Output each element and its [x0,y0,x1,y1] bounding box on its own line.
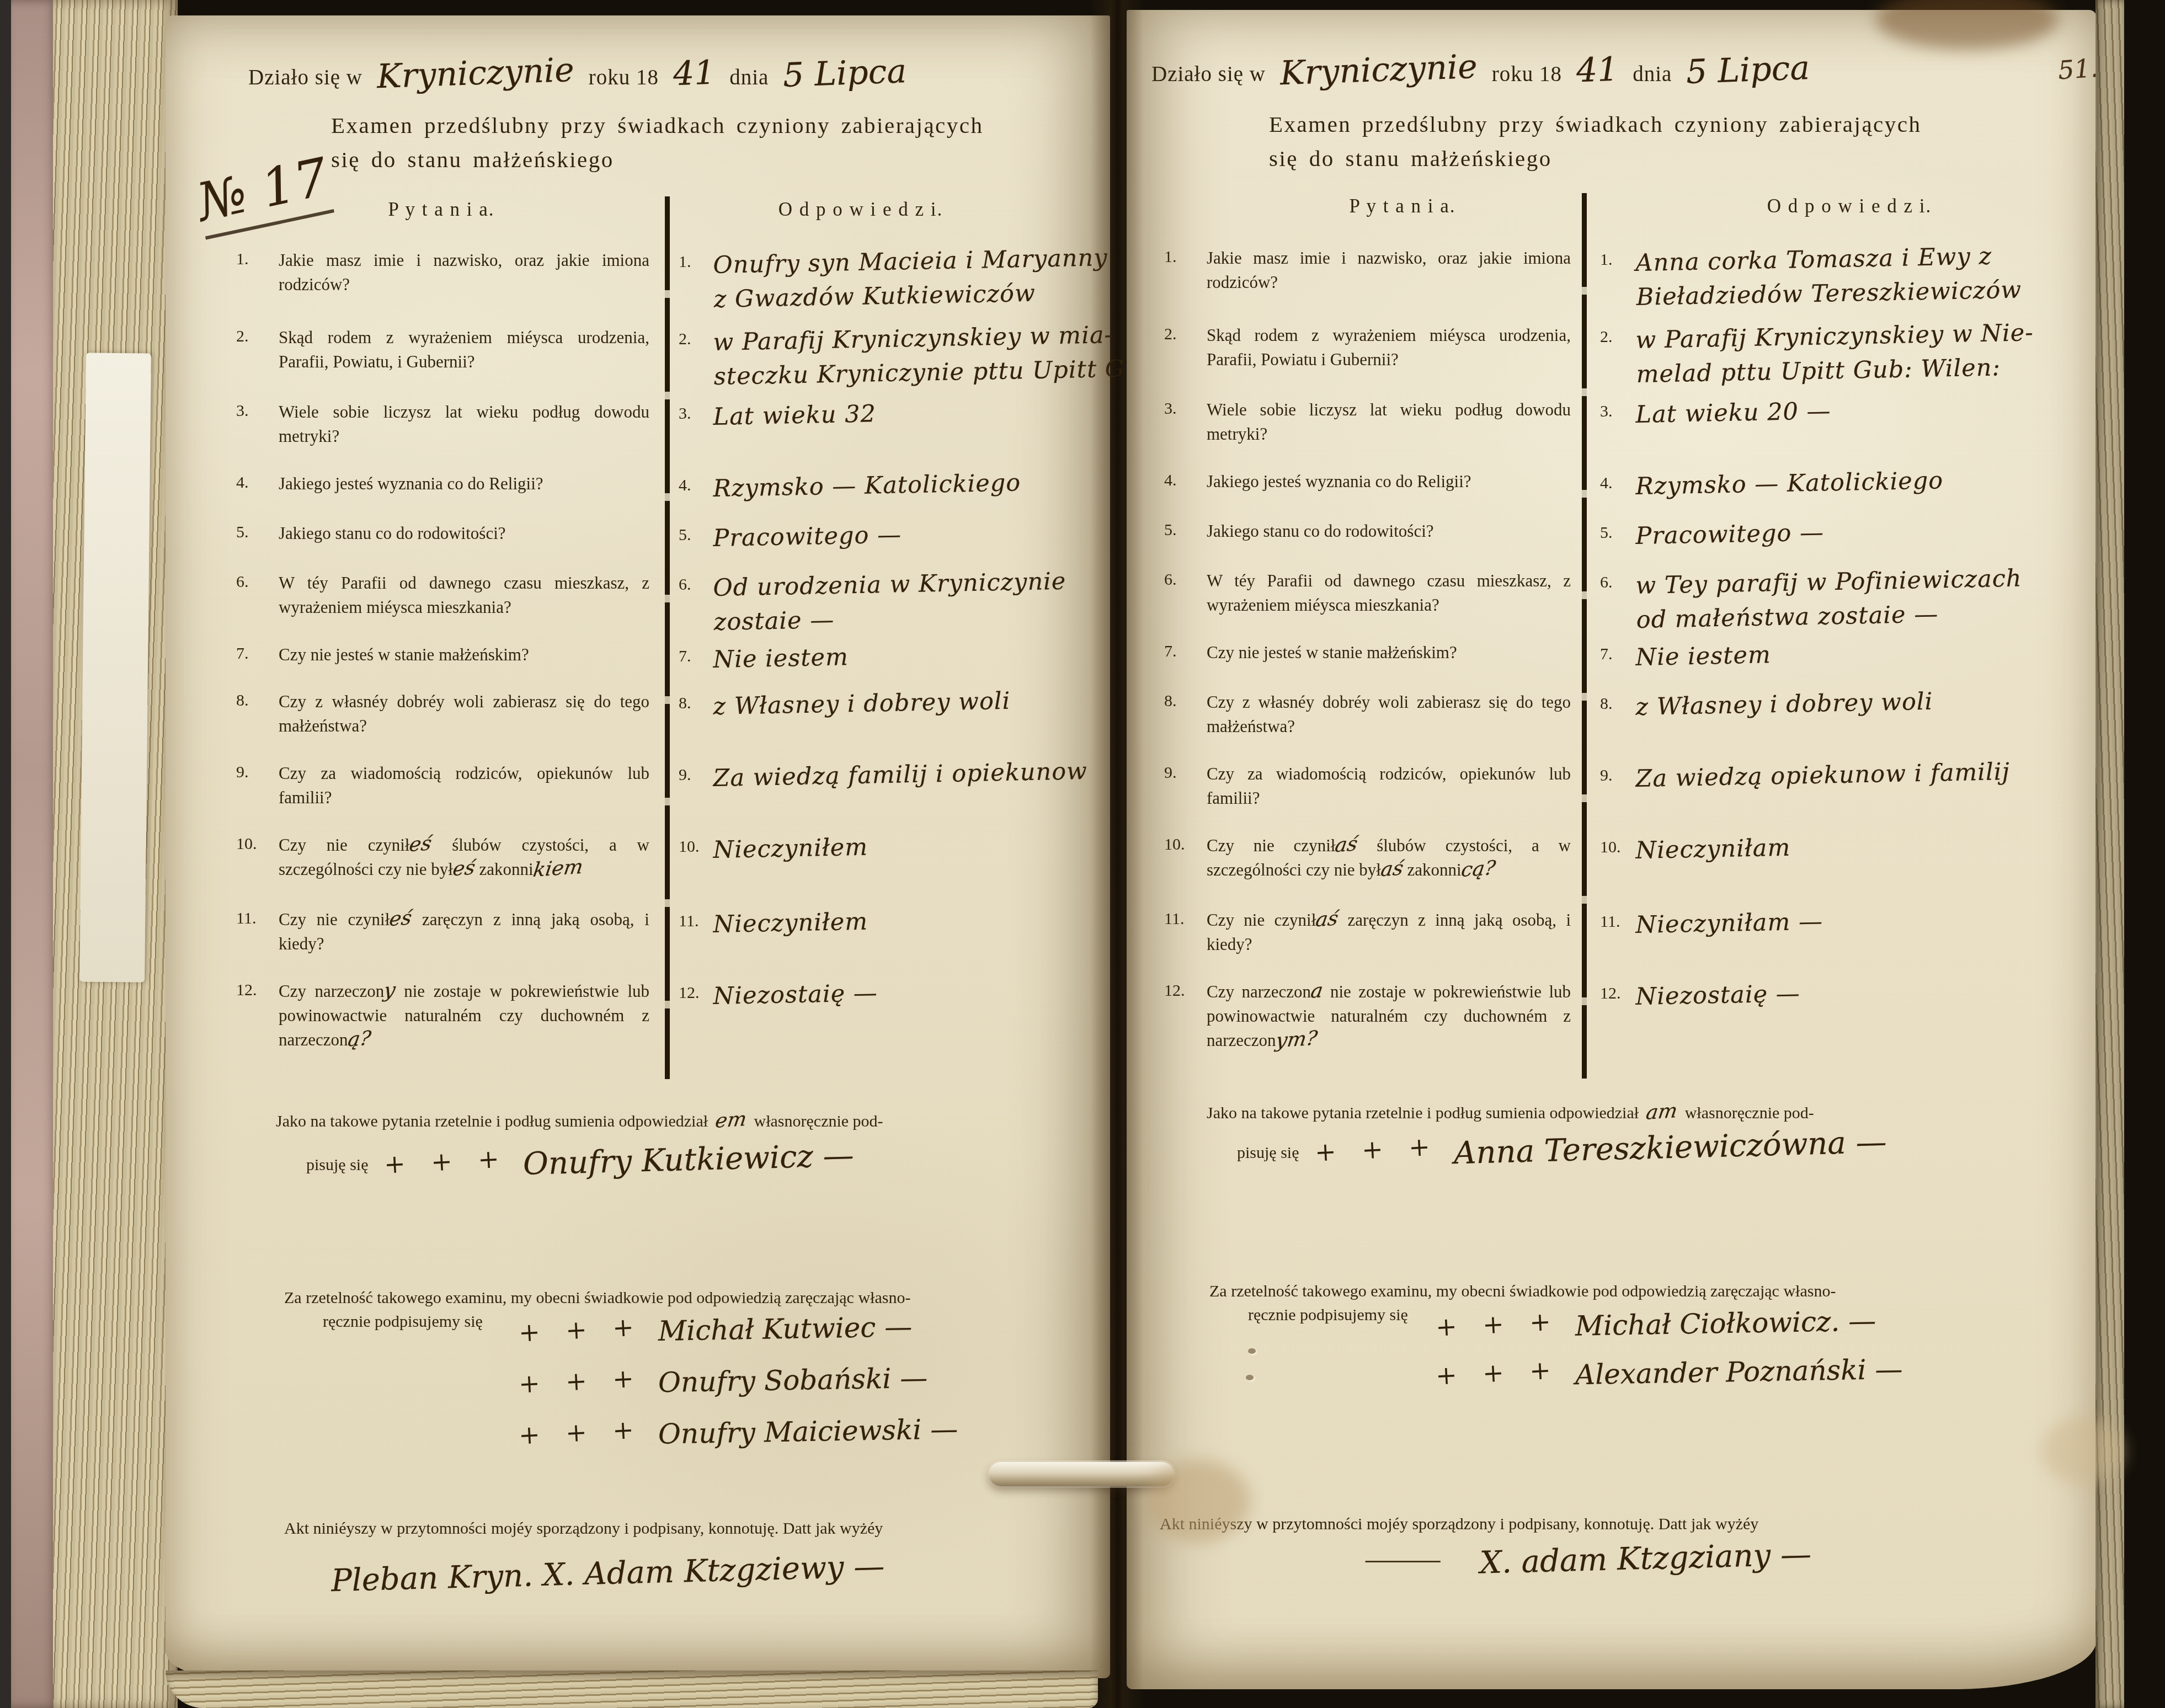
paper-stain [1145,1460,1250,1542]
question-text: Czy za wiadomością rodziców, opiekunów l… [279,761,649,810]
question-number: 2. [236,327,249,346]
answer-line: Niezostaię — [1635,972,2077,1014]
question-text: W téy Parafii od dawnego czasu mieszkasz… [1207,569,1571,617]
question-text: Wiele sobie liczysz lat wieku podług dow… [1207,398,1571,446]
answer-line: Lat wieku 32 [713,392,1105,434]
column-divider [1582,193,1587,1079]
form-title-line1: Examen przedślubny przy świadkach czynio… [1269,107,2052,141]
record-number: № 17 [192,147,334,240]
answer-line: steczku Kryniczynie pttu Upitt Gub: Wile… [713,352,1106,394]
question-text: Czy nie czyniłaś ślubów czystości, a w s… [1207,834,1571,882]
declaration-text: pisuję się [306,1152,369,1178]
binding-gutter [1090,0,1143,1708]
question-number: 6. [1164,570,1177,589]
witness-signature-row: + + +Michał Ciołkowicz. — [1436,1307,1876,1339]
party-signature: Anna Tereszkiewiczówna — [1454,1124,1887,1172]
day-prefix: dnia [1633,62,1672,87]
priest-signature: Pleban Kryn. X. Adam Ktzgziewy — [330,1549,885,1599]
paper-hole [1246,1375,1254,1380]
answer-text: w Parafij Kryniczynskiey w Nie-melad ptt… [1635,315,2078,392]
signature-dash: — [1366,1541,1435,1577]
witness-signature-row: + + +Alexander Poznański — [1436,1356,1902,1388]
question-segment: ym? [1275,1028,1319,1051]
witness-crosses: + + + [1435,1306,1560,1342]
question-number: 3. [1164,399,1177,418]
answer-line: z Własney i dobrey woli [1635,682,2077,724]
answer-text: Za wiedzą opiekunow i familij [1635,754,2077,796]
page-stack-bottom [166,1670,1098,1708]
place-name-handwritten: Kryniczynie [376,51,575,96]
answer-number: 9. [1600,766,1613,785]
signature-crosses: + + + [383,1143,508,1179]
question-text: Jakiego stanu co do rodowitości? [1207,519,1571,543]
question-text: Skąd rodem z wyrażeniem miéysca urodzeni… [279,325,649,374]
year-handwritten: 41 [1576,50,1619,90]
question-segment: cą? [1460,858,1497,880]
question-segment: zakonni [475,860,534,879]
witness-name: Michał Kutwiec — [658,1311,912,1347]
paper-stain [2041,1418,2124,1484]
question-text: Czy z własnéy dobréy woli zabierasz się … [1207,690,1571,739]
question-number: 4. [236,473,249,492]
question-number: 7. [1164,642,1177,661]
answer-number: 7. [1600,645,1613,664]
declaration-text: własnoręcznie pod- [1685,1104,1814,1122]
witness-name: Onufry Sobański — [658,1362,927,1399]
answer-text: Nieczyniłam [1635,825,2077,868]
answer-number: 7. [679,647,691,666]
question-segment: Czy za wiadomością rodziców, opiekunów l… [279,764,649,807]
witness-clause-line1: Za rzetelność takowego examinu, my obecn… [1209,1279,2020,1304]
answer-text: Niezostaię — [1635,972,2077,1014]
question-text: Czy z własnéy dobréy woli zabierasz się … [279,690,649,738]
witness-crosses: + + + [1435,1354,1560,1391]
answer-text: Pracowitego — [713,514,1105,556]
question-number: 11. [1164,910,1184,928]
question-text: Czy nie czyniłaś zaręczyn z inną jaką os… [1207,908,1571,957]
answer-line: z Gwazdów Kutkiewiczów [713,275,1106,317]
answer-text: Lat wieku 20 — [1635,389,2077,432]
answer-text: Rzymsko — Katolickiego [1635,461,2077,504]
question-number: 5. [1164,521,1177,540]
question-text: Jakiego jesteś wyznania co do Religii? [1207,469,1571,494]
question-segment: Wiele sobie liczysz lat wieku podług dow… [279,402,649,446]
answer-text: w Parafij Kryniczynskiey w mia-steczku K… [713,318,1106,394]
date-line: Działo się wKryniczynieroku 1841dnia5 Li… [1151,51,1810,89]
question-segment: Wiele sobie liczysz lat wieku podług dow… [1207,400,1571,444]
answer-line: Pracowitego — [713,514,1105,556]
question-segment: Jakiego jesteś wyznania co do Religii? [1207,472,1471,491]
question-segment: Czy nie jesteś w stanie małżeńskim? [1207,643,1457,662]
answer-line: Nieczyniłam [1635,825,2077,868]
question-text: Czy narzeczony nie zostaje w pokrewieńst… [279,979,649,1052]
answers-column-header: O d p o w i e d z i. [695,199,1026,221]
question-segment: zakonni [1403,860,1462,879]
answer-text: w Tey parafij w Pofiniewiczachod małeńst… [1635,561,2078,637]
declaration-line1: Jako na takowe pytania rzetelnie i podłu… [276,1109,1115,1134]
witness-signature-row: + + +Onufry Sobański — [519,1364,927,1396]
declaration-line1: Jako na takowe pytania rzetelnie i podłu… [1207,1101,2018,1126]
right-page: Działo się wKryniczynieroku 1841dnia5 Li… [1127,10,2097,1689]
answer-number: 11. [1600,912,1620,931]
paper-hole [1248,1348,1256,1354]
question-segment: aś [1334,835,1359,856]
question-segment: kiem [531,857,584,880]
answer-number: 3. [679,404,691,423]
answer-text: Od urodzenia w Kryniczyniezostaie — [713,563,1106,639]
question-number: 8. [1164,692,1177,711]
answer-line: Lat wieku 20 — [1635,389,2077,432]
answer-line: Nieczyniłem [713,825,1105,867]
answer-line: Nieczyniłem [713,900,1105,942]
answer-number: 2. [1600,328,1613,346]
question-segment: Czy za wiadomością rodziców, opiekunów l… [1207,764,1571,808]
answer-line: Nie iestem [1635,632,2077,675]
closing-statement: Akt niniéyszy w przytomności mojéy sporz… [1160,1512,2087,1537]
answer-line: Niezostaię — [713,972,1105,1013]
answer-text: Nieczyniłem [713,825,1105,867]
witness-crosses: + + + [518,1311,643,1348]
question-text: Skąd rodem z wyrażeniem miéysca urodzeni… [1207,323,1571,372]
question-number: 7. [236,644,249,663]
left-page: Działo się wKryniczynieroku 1841dnia5 Li… [166,15,1110,1678]
question-segment: W téy Parafii od dawnego czasu mieszkasz… [279,573,649,617]
witness-clause-line2: ręcznie podpisujemy się [1248,1303,1408,1328]
question-segment: eś [408,834,433,856]
page-number: 51. [2057,53,2099,86]
date-line-prefix: Działo się w [1151,62,1266,87]
party-signature: Onufry Kutkiewicz — [523,1138,855,1182]
question-text: W téy Parafii od dawnego czasu mieszkasz… [279,571,649,620]
question-number: 12. [236,981,257,1000]
answer-text: Pracowitego — [1635,511,2077,553]
question-segment: eś [388,909,413,930]
declaration-text: własnoręcznie pod- [754,1112,883,1130]
answer-number: 3. [1600,402,1613,421]
day-date-handwritten: 5 Lipca [782,52,907,95]
day-date-handwritten: 5 Lipca [1686,49,1810,92]
question-segment: Jakiego jesteś wyznania co do Religii? [279,474,543,493]
answer-text: Nie iestem [1635,632,2077,675]
question-segment: Czy nie czynił [279,835,409,855]
witness-crosses: + + + [518,1414,643,1450]
question-segment: Czy narzeczon [1207,982,1311,1001]
witness-name: Onufry Maiciewski — [658,1413,958,1450]
question-number: 6. [236,573,249,591]
answer-number: 12. [679,984,700,1002]
question-segment: W téy Parafii od dawnego czasu mieszkasz… [1207,571,1571,615]
questions-column-header: P y t a n i a. [320,199,563,221]
answer-text: Nieczyniłem [713,900,1105,942]
answer-text: Nieczyniłam — [1635,900,2077,942]
column-divider [665,196,670,1079]
binding-thread [989,1462,1174,1486]
declaration-line2: pisuję się+ + +Onufry Kutkiewicz — [306,1142,854,1178]
priest-signature: X. adam Ktzgziany — [1479,1536,1811,1581]
question-number: 2. [1164,325,1177,344]
priest-signature-row: Pleban Kryn. X. Adam Ktzgziewy — [331,1556,884,1592]
answer-number: 9. [679,766,691,784]
form-title-line2: się do stanu małżeńskiego [331,142,1115,177]
answer-line: Nieczyniłam — [1635,900,2077,942]
witness-signature-row: + + +Michał Kutwiec — [519,1313,912,1345]
declaration-text: Jako na takowe pytania rzetelnie i podłu… [276,1112,708,1130]
answer-line: Nie iestem [713,635,1105,677]
answer-text: Rzymsko — Katolickiego [713,464,1105,506]
answer-line: zostaie — [713,597,1106,639]
closing-statement: Akt niniéyszy w przytomności mojéy sporz… [284,1516,1178,1541]
question-segment: Skąd rodem z wyrażeniem miéysca urodzeni… [1207,325,1571,369]
answer-number: 6. [679,575,691,594]
answer-line: Rzymsko — Katolickiego [713,464,1105,506]
question-segment: Czy z własnéy dobréy woli zabierasz się … [1207,692,1571,736]
question-text: Wiele sobie liczysz lat wieku podług dow… [279,400,649,449]
question-text: Jakie masz imie i nazwisko, oraz jakie i… [1207,246,1571,295]
question-number: 1. [236,250,249,269]
witness-name: Alexander Poznański — [1575,1353,1902,1391]
answer-line: Za wiedzą opiekunow i familij [1635,754,2077,796]
answer-text: Lat wieku 32 [713,392,1105,434]
witness-clause-line2: ręcznie podpisujemy się [323,1309,483,1335]
question-text: Czy nie czyniłeś zaręczyn z inną jaką os… [279,908,649,956]
question-number: 1. [1164,248,1177,266]
question-segment: Czy nie czynił [279,910,390,929]
answer-number: 10. [1600,838,1621,857]
signature-crosses: + + + [1314,1131,1439,1167]
question-segment: Jakie masz imie i nazwisko, oraz jakie i… [279,250,649,294]
question-text: Jakiego jesteś wyznania co do Religii? [279,472,649,496]
question-number: 5. [236,523,249,542]
question-segment: Jakie masz imie i nazwisko, oraz jakie i… [1207,248,1571,292]
question-segment: y [383,980,397,1001]
answer-number: 1. [679,253,691,271]
question-text: Jakiego stanu co do rodowitości? [279,521,649,546]
answer-number: 6. [1600,573,1613,592]
declaration-text: Jako na takowe pytania rzetelnie i podłu… [1207,1104,1639,1122]
year-handwritten: 41 [673,54,716,94]
question-number: 10. [1164,835,1185,854]
answer-number: 8. [679,694,691,713]
witness-crosses: + + + [518,1363,643,1399]
year-prefix: roku 18 [589,65,659,90]
answer-text: Za wiedzą familij i opiekunow [713,754,1105,796]
question-text: Czy nie jesteś w stanie małżeńskim? [279,643,649,667]
answer-line: Pracowitego — [1635,511,2077,553]
witness-name: Michał Ciołkowicz. — [1575,1305,1876,1342]
question-segment: eś [451,858,476,880]
answer-number: 5. [1600,524,1613,542]
witness-signature-row: + + +Onufry Maiciewski — [519,1416,958,1448]
question-segment: Jakiego stanu co do rodowitości? [279,524,506,543]
answer-text: Niezostaię — [713,972,1105,1013]
answer-number: 5. [679,526,691,545]
year-prefix: roku 18 [1492,62,1562,87]
answer-text: z Własney i dobrey woli [1635,682,2077,724]
question-segment: Czy nie czynił [1207,836,1335,855]
answer-number: 4. [679,476,691,495]
question-text: Jakie masz imie i nazwisko, oraz jakie i… [279,248,649,297]
book-spread: Działo się wKryniczynieroku 1841dnia5 Li… [0,0,2165,1708]
witness-clause-line1: Za rzetelność takowego examinu, my obecn… [284,1285,1123,1311]
answer-number: 1. [1600,250,1613,269]
question-segment: Jakiego stanu co do rodowitości? [1207,521,1434,541]
answer-number: 4. [1600,474,1613,493]
answer-text: Anna corka Tomasza i Ewy zBieładziedów T… [1635,238,2078,314]
question-segment: Czy nie jesteś w stanie małżeńskim? [279,645,529,664]
question-number: 9. [1164,764,1177,782]
answer-line: Rzymsko — Katolickiego [1635,461,2077,504]
answers-column-header: O d p o w i e d z i. [1667,195,2031,217]
declaration-text: pisuję się [1237,1140,1299,1166]
question-text: Czy nie jesteś w stanie małżeńskim? [1207,640,1571,665]
answer-text: z Własney i dobrey woli [713,682,1105,724]
question-text: Czy nie czyniłeś ślubów czystości, a w s… [279,833,649,882]
answer-text: Nie iestem [713,635,1105,677]
question-segment: Skąd rodem z wyrażeniem miéysca urodzeni… [279,328,649,371]
question-segment: aś [1314,909,1340,931]
declaration-ending-handwritten: em [714,1109,748,1131]
question-segment: Czy nie czynił [1207,910,1316,930]
questions-column-header: P y t a n i a. [1278,195,1527,217]
day-prefix: dnia [729,65,769,90]
question-number: 8. [236,691,249,710]
question-number: 4. [1164,471,1177,490]
date-line-prefix: Działo się w [248,65,362,90]
declaration-ending-handwritten: am [1645,1101,1678,1123]
form-title-line1: Examen przedślubny przy świadkach czynio… [331,108,1115,142]
question-segment: Czy narzeczon [279,981,384,1001]
question-segment: ą? [346,1029,372,1050]
answer-number: 2. [679,330,691,349]
question-number: 3. [236,402,249,420]
declaration-line2: pisuję się+ + +Anna Tereszkiewiczówna — [1237,1130,1887,1166]
question-number: 12. [1164,981,1185,1000]
place-name-handwritten: Kryniczynie [1279,47,1478,93]
date-line: Działo się wKryniczynieroku 1841dnia5 Li… [248,54,906,93]
question-number: 10. [236,835,257,853]
question-segment: aś [1379,859,1405,880]
answer-number: 10. [679,837,700,856]
bookmark-strip [79,353,151,982]
answer-number: 11. [679,912,698,931]
form-title-line2: się do stanu małżeńskiego [1269,141,2052,175]
question-segment: Czy z własnéy dobréy woli zabierasz się … [279,692,649,735]
question-number: 9. [236,763,249,782]
book-cover-edge [11,0,58,1708]
answer-number: 12. [1600,984,1621,1003]
question-text: Czy za wiadomością rodziców, opiekunów l… [1207,762,1571,810]
answer-number: 8. [1600,695,1613,713]
question-text: Czy narzeczona nie zostaje w pokrewieńst… [1207,980,1571,1053]
answer-line: z Własney i dobrey woli [713,682,1105,724]
question-number: 11. [236,909,256,928]
answer-line: Za wiedzą familij i opiekunow [713,754,1105,796]
answer-text: Onufry syn Macieia i Maryannyz Gwazdów K… [713,241,1106,317]
priest-signature-row: —X. adam Ktzgziany — [1386,1541,1811,1577]
